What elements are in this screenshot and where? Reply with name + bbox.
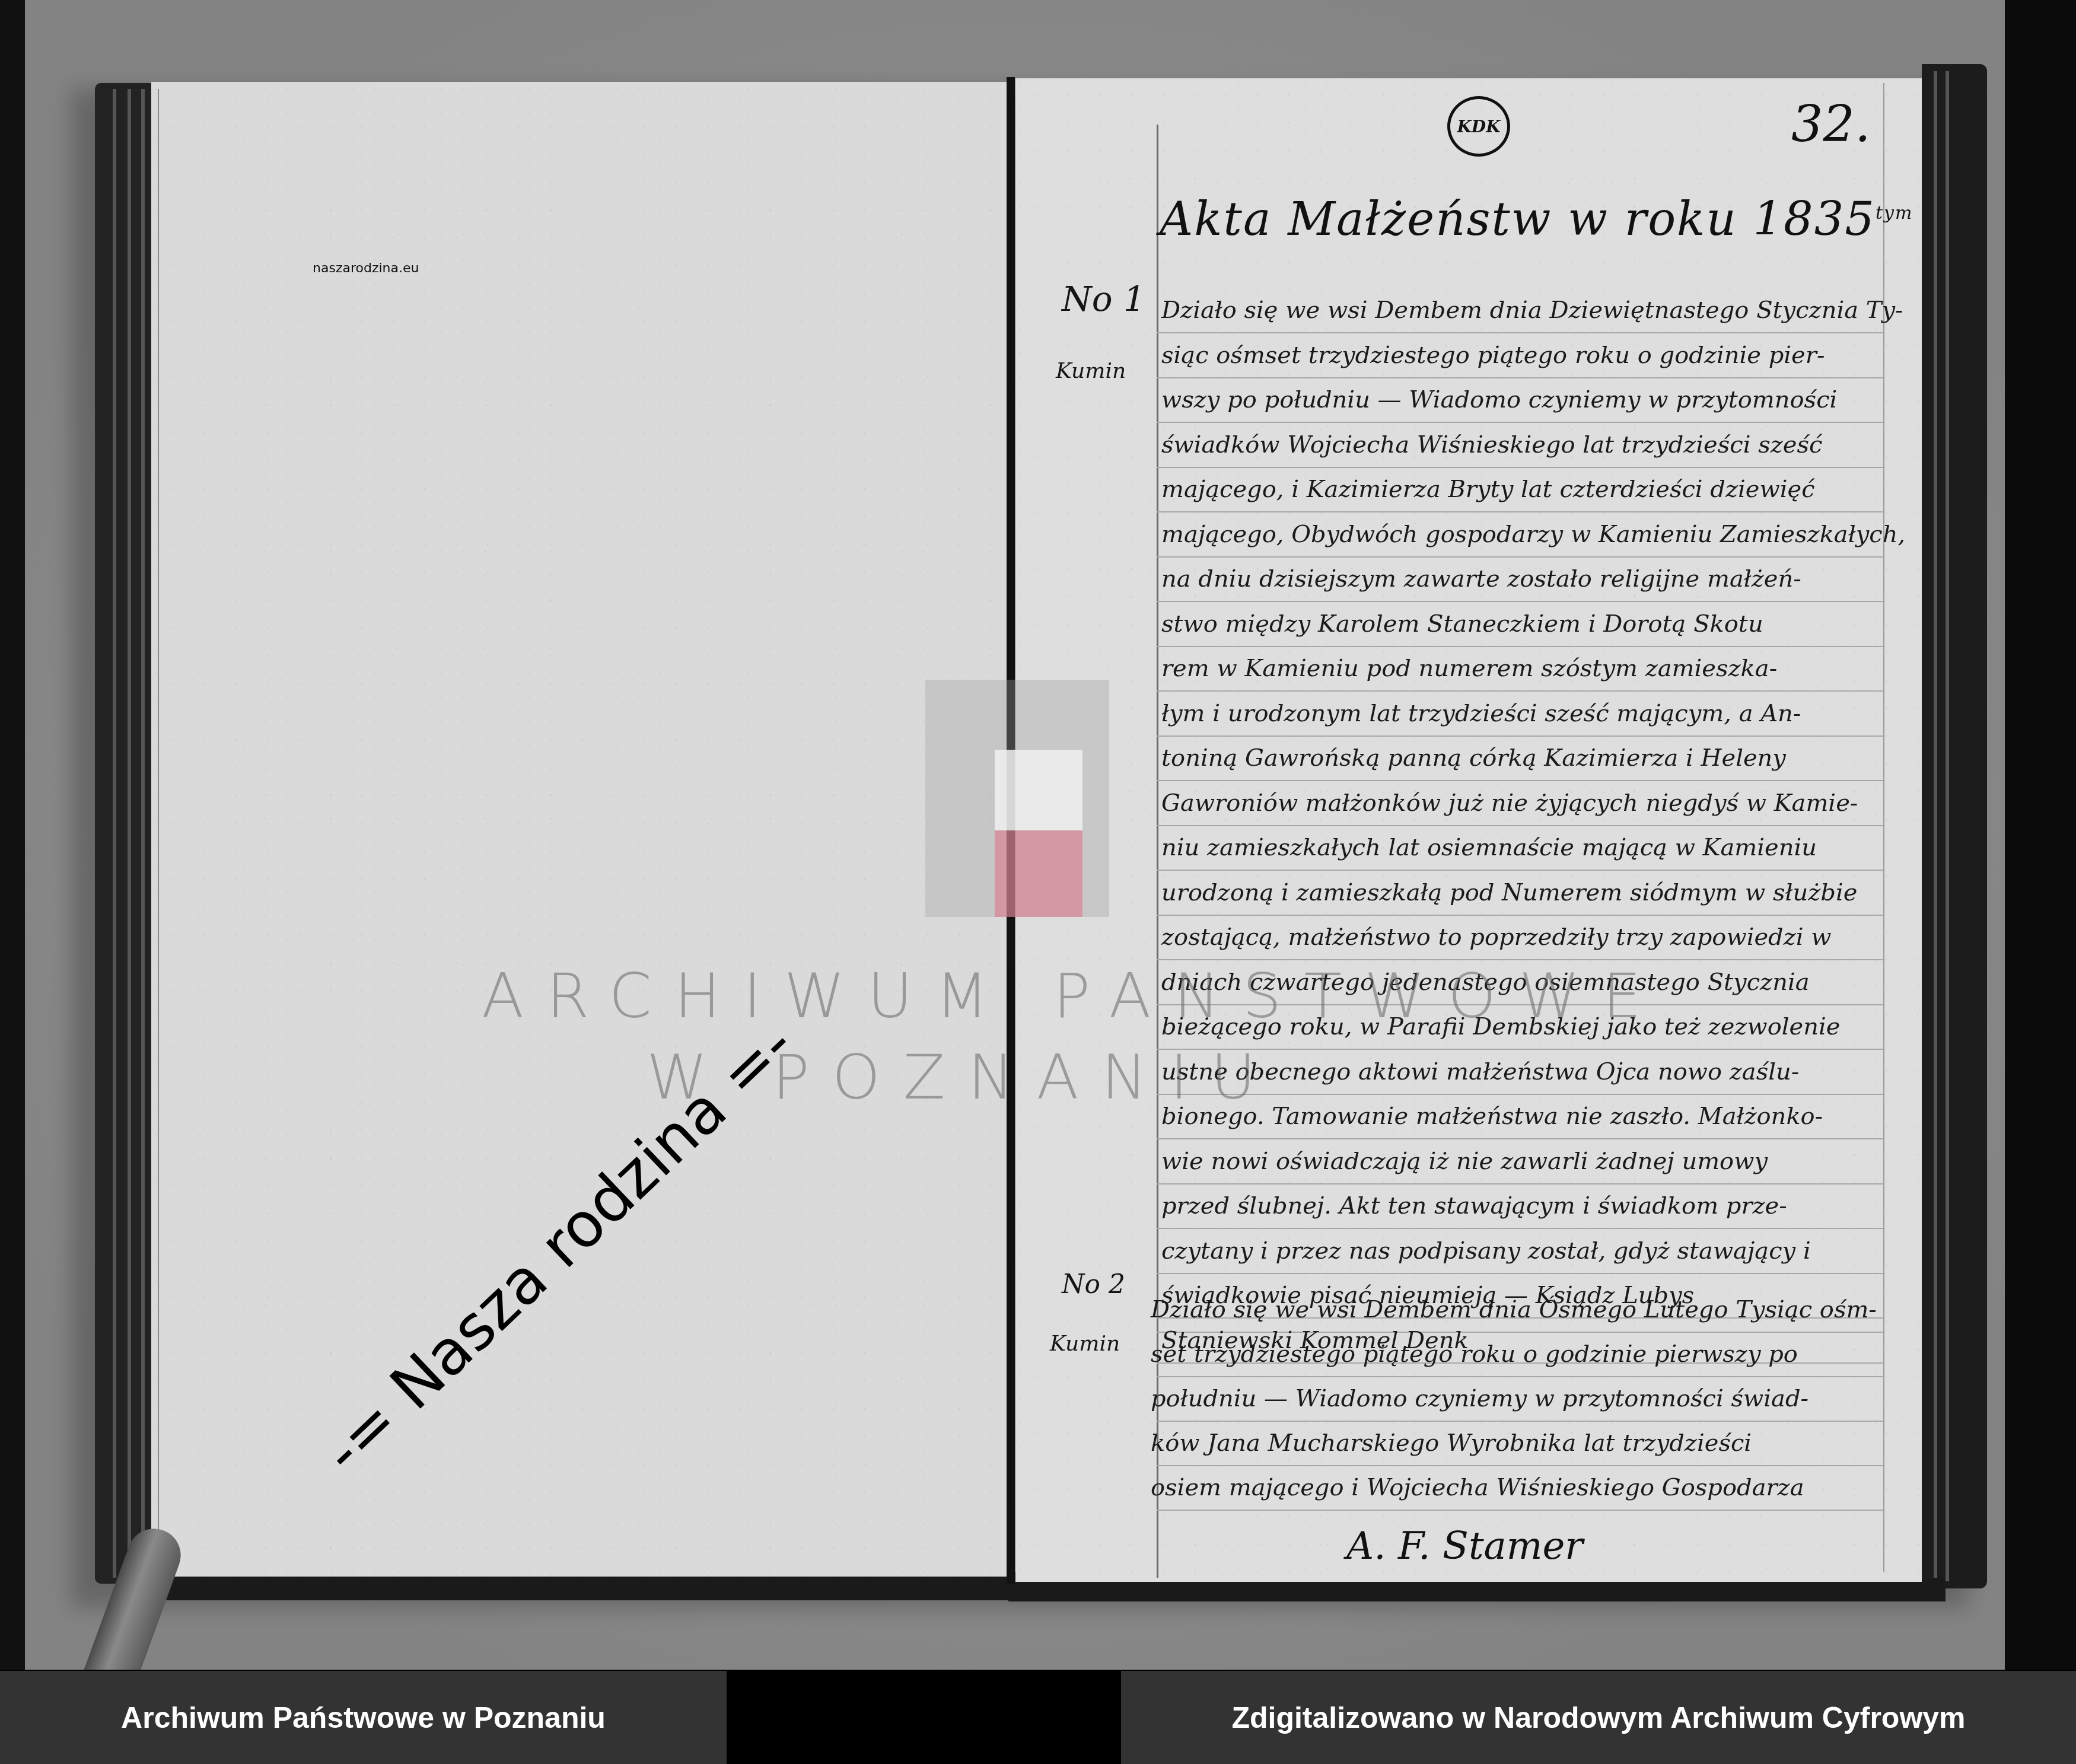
entry-line: Działo się we wsi Dembem dnia Dziewiętna… <box>1161 297 1903 324</box>
ruled-line <box>1157 511 1883 512</box>
ruled-line <box>1157 1228 1883 1229</box>
footer-archive-label: Archiwum Państwowe w Poznaniu <box>0 1671 727 1764</box>
left-book-cover <box>95 83 157 1584</box>
archive-watermark-line1: ARCHIWUM PANSTWOWE <box>482 960 1664 1032</box>
ruled-line <box>1157 825 1883 826</box>
ruled-line <box>1157 780 1883 781</box>
entry-line: wszy po południu — Wiadomo czyniemy w pr… <box>1161 386 1837 413</box>
entry-line: mającego, i Kazimierza Bryty lat czterdz… <box>1161 476 1815 503</box>
entry-line: ków Jana Mucharskiego Wyrobnika lat trzy… <box>1151 1429 1752 1457</box>
entry-line: Działo się we wsi Dembem dnia Ósmego Lut… <box>1151 1296 1877 1323</box>
left-page <box>151 82 1008 1577</box>
site-watermark: naszarodzina.eu <box>313 261 419 276</box>
ruled-line <box>1157 1138 1883 1139</box>
page-heading: Akta Małżeństw w roku 1835tym <box>1160 193 1913 246</box>
ruled-line <box>1157 556 1883 558</box>
entry-line: stwo między Karolem Staneczkiem i Dorotą… <box>1161 610 1763 638</box>
heading-text: Akta Małżeństw w roku 1835 <box>1160 193 1876 246</box>
ruled-line <box>1157 646 1883 647</box>
ruled-line <box>1157 1510 1883 1511</box>
scan-right-border <box>2005 0 2076 1670</box>
ruled-line <box>1157 690 1883 692</box>
left-page-inner-line <box>158 89 159 1566</box>
ruled-line <box>1157 1183 1883 1185</box>
entry-line: urodzoną i zamieszkałą pod Numerem siódm… <box>1161 879 1857 906</box>
entry-line: czytany i przez nas podpisany został, gd… <box>1161 1237 1811 1265</box>
registrar-signature: A. F. Stamer <box>1346 1524 1583 1568</box>
archive-logo-flag-red <box>995 830 1082 917</box>
footer-right-text: Zdigitalizowano w Narodowym Archiwum Cyf… <box>1231 1701 1965 1735</box>
ruled-line <box>1157 422 1883 423</box>
ruled-line <box>1157 735 1883 737</box>
ruled-line <box>1157 1376 1883 1377</box>
entry-line: osiem mającego i Wojciecha Wiśnieskiego … <box>1151 1474 1804 1501</box>
entry-2-number: No 2 <box>1062 1269 1125 1300</box>
entry-2-place: Kumin <box>1050 1332 1120 1356</box>
entry-line: mającego, Obydwóch gospodarzy w Kamieniu… <box>1161 521 1905 548</box>
entry-line: wie nowi oświadczają iż nie zawarli żadn… <box>1161 1148 1768 1175</box>
ruled-line <box>1157 601 1883 602</box>
page-number: 32. <box>1791 95 1871 153</box>
entry-line: siąc ośmset trzydziestego piątego roku o… <box>1161 342 1825 369</box>
scan-left-border <box>0 0 25 1670</box>
archive-stamp: KDK <box>1447 96 1510 157</box>
footer-left-text: Archiwum Państwowe w Poznaniu <box>121 1701 606 1735</box>
entry-1-number: No 1 <box>1062 279 1145 319</box>
entry-line: południu — Wiadomo czyniemy w przytomnoś… <box>1151 1385 1808 1412</box>
ruled-line <box>1157 1465 1883 1466</box>
entry-1-place: Kumin <box>1056 359 1126 383</box>
footer-digitized-label: Zdigitalizowano w Narodowym Archiwum Cyf… <box>1121 1671 2076 1764</box>
ruled-line <box>1157 1421 1883 1422</box>
ruled-line <box>1157 332 1883 333</box>
archive-logo-flag-white <box>995 750 1082 830</box>
ruled-line <box>1157 1273 1883 1274</box>
stamp-text: KDK <box>1457 117 1501 136</box>
entry-line: set trzydziestego piątego roku o godzini… <box>1151 1340 1798 1368</box>
entry-line: na dniu dzisiejszym zawarte zostało reli… <box>1161 565 1801 593</box>
entry-line: niu zamieszkałych lat osiemnaście mającą… <box>1161 834 1817 861</box>
ruled-line <box>1157 467 1883 468</box>
entry-line: toniną Gawrońską panną córką Kazimierza … <box>1161 744 1786 772</box>
entry-line: łym i urodzonym lat trzydzieści sześć ma… <box>1161 700 1801 727</box>
entry-line: świadków Wojciecha Wiśnieskiego lat trzy… <box>1161 431 1822 458</box>
heading-suffix: tym <box>1876 203 1913 224</box>
right-book-cover <box>1922 64 1987 1588</box>
ruled-line <box>1157 377 1883 378</box>
entry-line: przed ślubnej. Akt ten stawającym i świa… <box>1161 1192 1787 1219</box>
ruled-line <box>1157 915 1883 916</box>
ruled-line <box>1157 870 1883 871</box>
entry-line: zostającą, małżeństwo to poprzedziły trz… <box>1161 924 1832 951</box>
entry-line: Gawroniów małżonków już nie żyjących nie… <box>1161 789 1858 817</box>
entry-line: rem w Kamieniu pod numerem szóstym zamie… <box>1161 655 1777 682</box>
